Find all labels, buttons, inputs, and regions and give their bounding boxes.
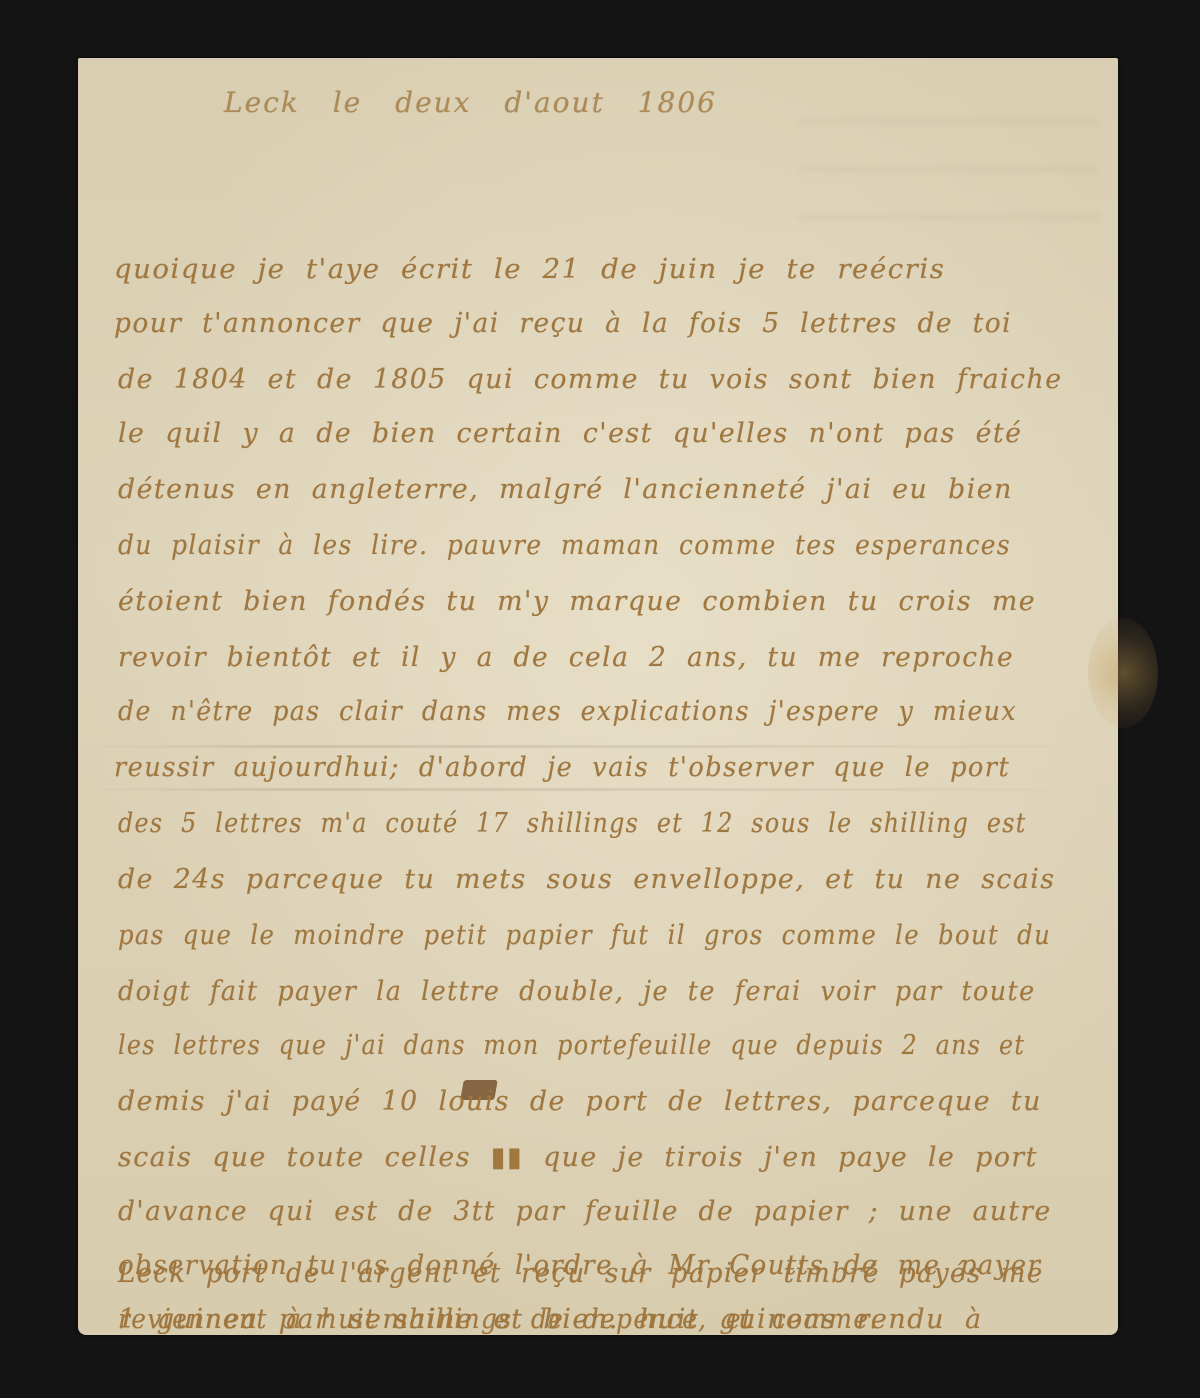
letter-line: le quil y a de bien certain c'est qu'ell…	[118, 418, 1022, 449]
letter-line: d'avance qui est de 3tt par feuille de p…	[118, 1196, 1052, 1227]
letter-line: les lettres que j'ai dans mon portefeuil…	[118, 1030, 1025, 1061]
letter-line: scais que toute celles ▮▮ que je tirois …	[118, 1142, 1038, 1173]
letter-line: pour t'annoncer que j'ai reçu à la fois …	[114, 308, 1012, 339]
fold-crease	[78, 745, 1118, 748]
letter-dateline: Leck le deux d'aout 1806	[224, 86, 717, 119]
letter-line: des 5 lettres m'a couté 17 shillings et …	[118, 808, 1027, 839]
letter-page: Leck le deux d'aout 1806 quoique je t'ay…	[78, 58, 1118, 1335]
letter-line: doigt fait payer la lettre double, je te…	[118, 976, 1036, 1007]
letter-line: reussir aujourdhui; d'abord je vais t'ob…	[114, 752, 1010, 783]
letter-line: revoir bientôt et il y a de cela 2 ans, …	[118, 642, 1014, 673]
letter-line: de 24s parceque tu mets sous envelloppe,…	[118, 864, 1056, 895]
letter-line: pas que le moindre petit papier fut il g…	[118, 920, 1051, 951]
letter-line: Leck port de l'argent et reçu sur papier…	[118, 1258, 1044, 1289]
letter-line: reviennent à huit shillings de depence, …	[118, 1304, 879, 1335]
letter-line: étoient bien fondés tu m'y marque combie…	[118, 586, 1036, 617]
letter-line: de n'être pas clair dans mes explication…	[118, 696, 1017, 727]
letter-line: détenus en angleterre, malgré l'ancienne…	[118, 474, 1013, 505]
letter-line: de 1804 et de 1805 qui comme tu vois son…	[118, 364, 1063, 395]
letter-line: quoique je t'aye écrit le 21 de juin je …	[114, 254, 945, 285]
letter-line: demis j'ai payé 10 louis de port de lett…	[118, 1086, 1042, 1117]
letter-line: du plaisir à les lire. pauvre maman comm…	[118, 530, 1011, 561]
fold-crease	[78, 788, 1118, 791]
foxing-stain	[1088, 618, 1158, 728]
